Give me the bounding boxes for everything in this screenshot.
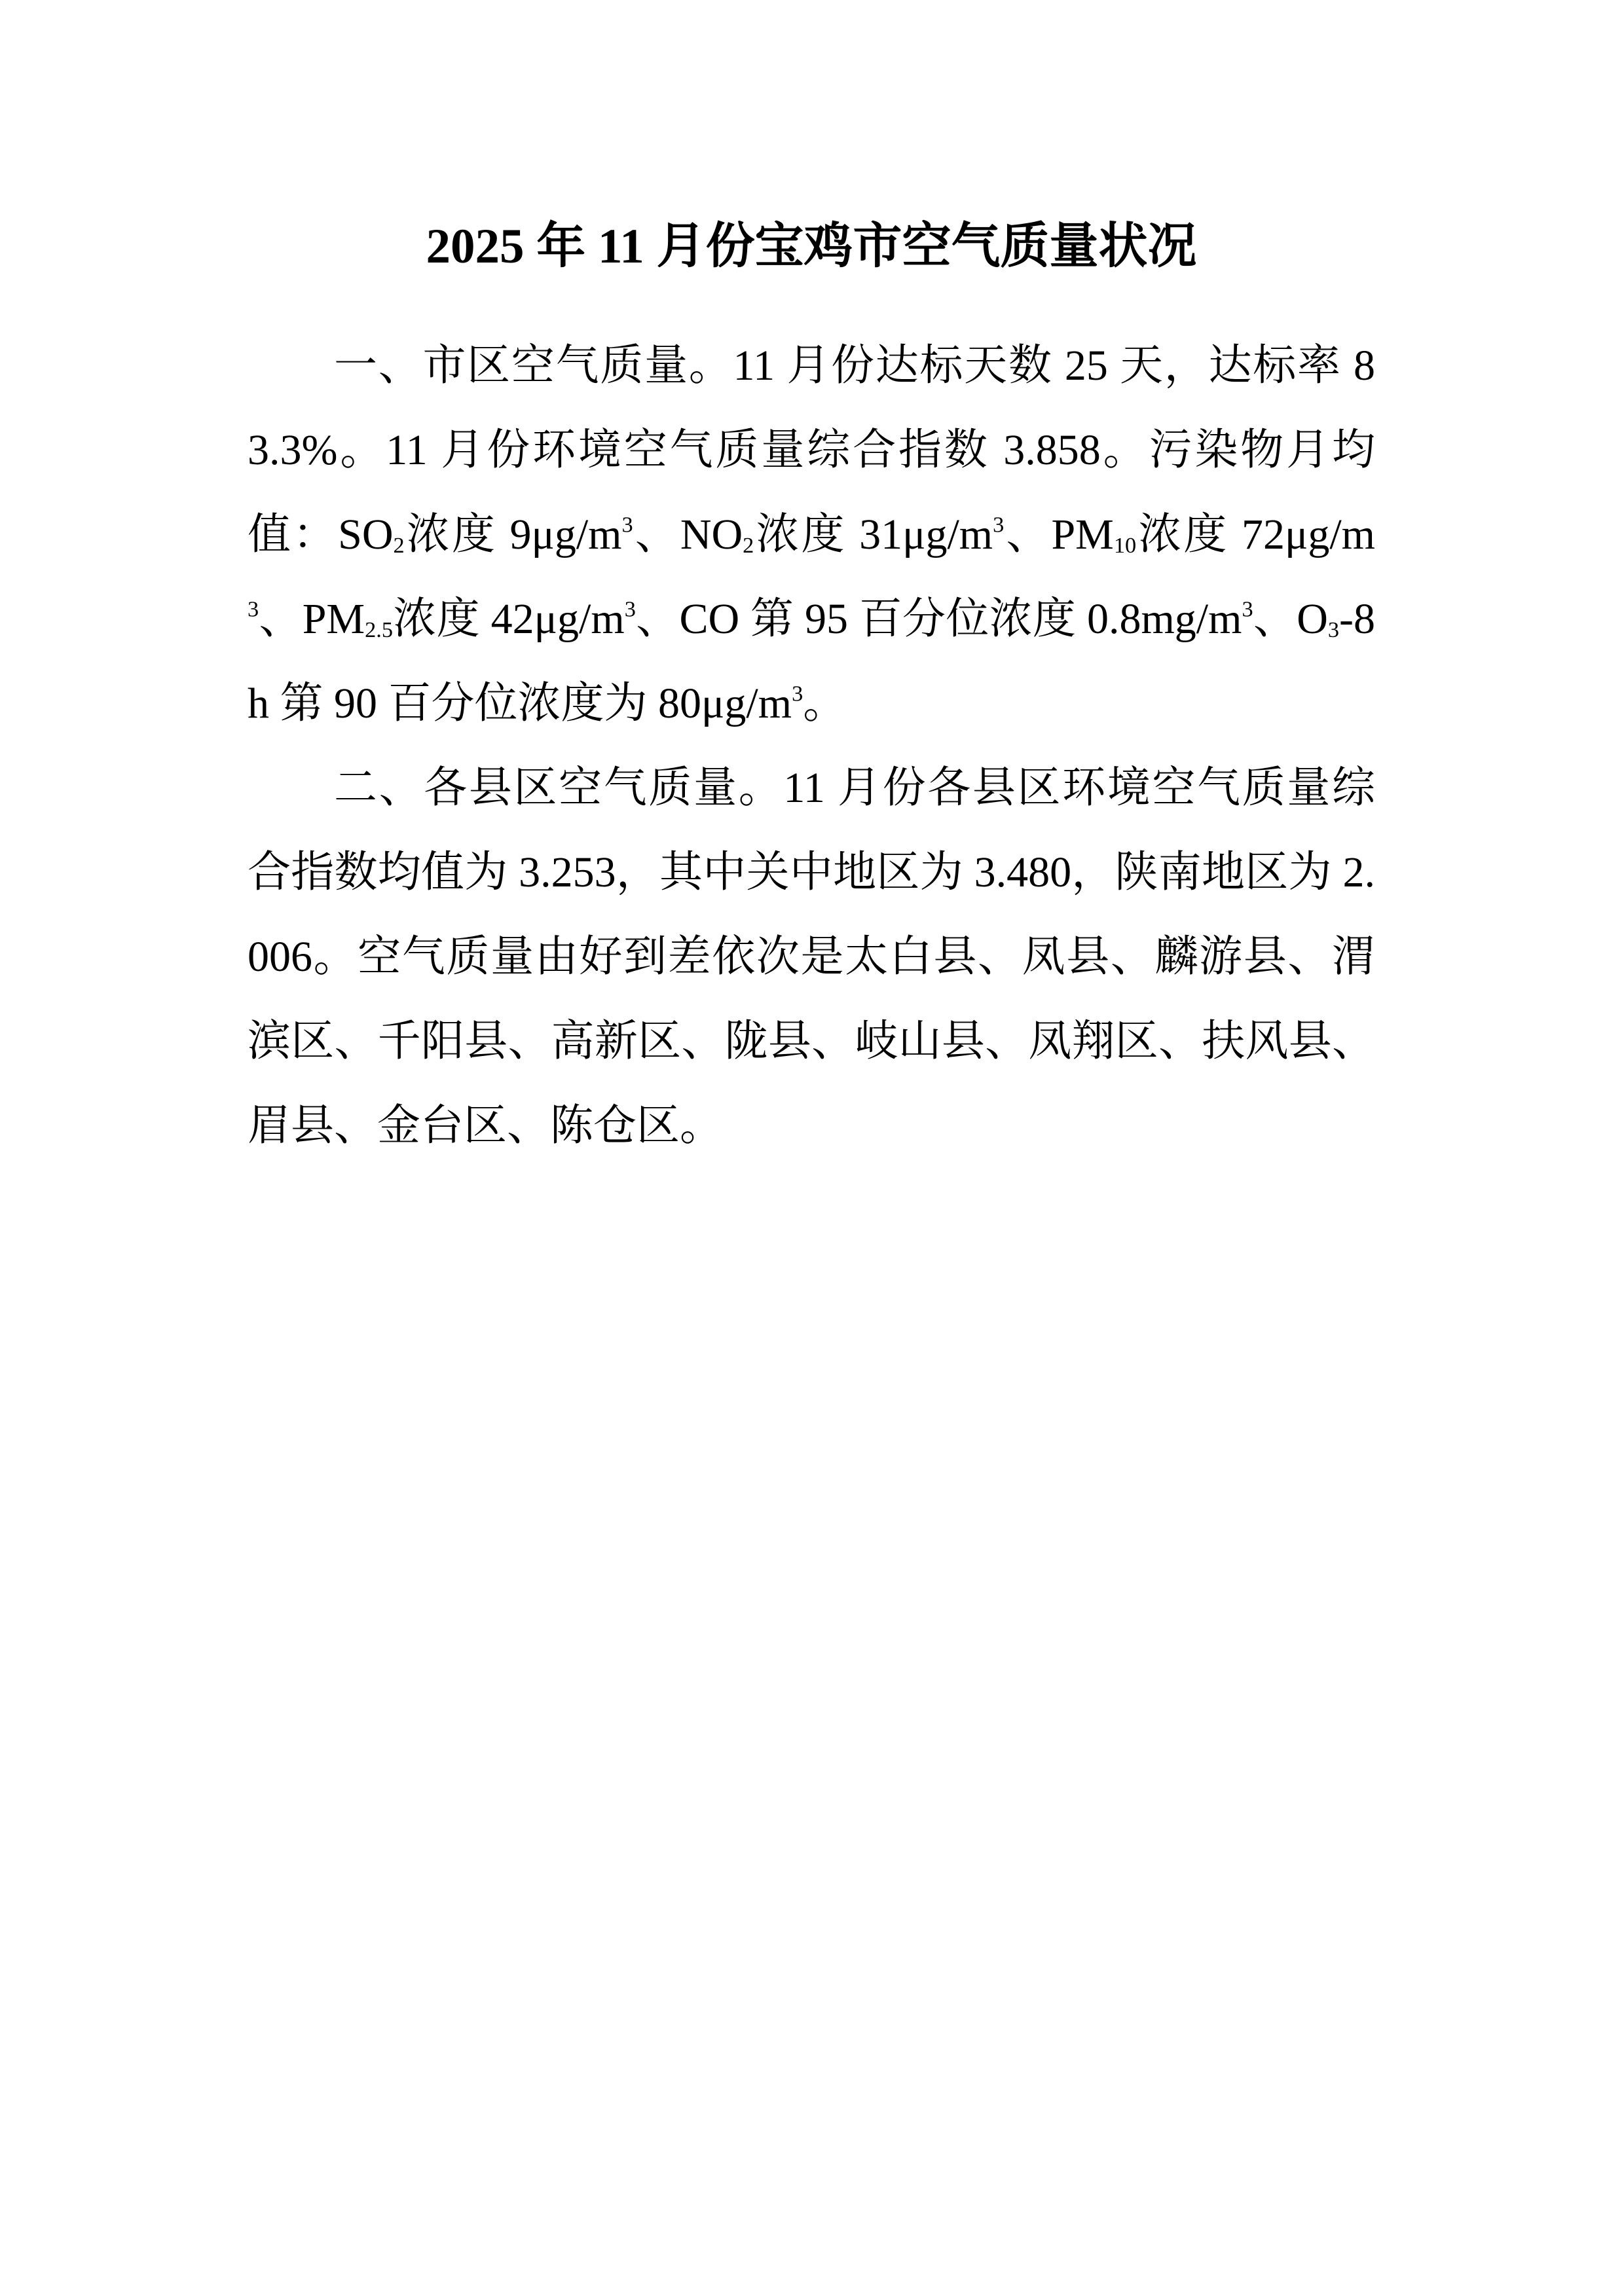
document-page: 2025 年 11 月份宝鸡市空气质量状况 一、市区空气质量。11 月份达标天数… [0,0,1624,2296]
text-run: 、PM [1004,511,1114,558]
text-run: 浓度 9μg/m [405,511,622,558]
subscript-run: 3 [1328,617,1339,642]
supscript-run: 3 [622,512,633,537]
paragraph-urban-air-quality: 一、市区空气质量。11 月份达标天数 25 天，达标率 83.3%。11 月份环… [248,323,1375,746]
text-run: 、CO 第 95 百分位浓度 0.8mg/m [636,595,1242,643]
text-run: 。 [803,680,846,727]
supscript-run: 3 [625,596,636,621]
supscript-run: 3 [993,512,1004,537]
document-body: 一、市区空气质量。11 月份达标天数 25 天，达标率 83.3%。11 月份环… [248,323,1375,1168]
text-run: 浓度 42μg/m [393,595,625,643]
supscript-run: 3 [248,596,259,621]
text-run: 、PM [259,595,365,643]
supscript-run: 3 [1242,596,1253,621]
document-title: 2025 年 11 月份宝鸡市空气质量状况 [248,211,1375,283]
text-run: 浓度 72μg/m [1136,511,1375,558]
supscript-run: 3 [792,681,803,706]
text-run: 二、各县区空气质量。11 月份各县区环境空气质量综合指数均值为 3.253，其中… [248,764,1375,1150]
subscript-run: 2 [743,533,754,558]
text-run: 、NO [633,511,743,558]
text-run: 浓度 31μg/m [754,511,993,558]
text-run: 、O [1253,595,1328,643]
paragraph-county-air-quality: 二、各县区空气质量。11 月份各县区环境空气质量综合指数均值为 3.253，其中… [248,746,1375,1168]
subscript-run: 2.5 [365,617,393,642]
subscript-run: 10 [1114,533,1136,558]
subscript-run: 2 [394,533,405,558]
